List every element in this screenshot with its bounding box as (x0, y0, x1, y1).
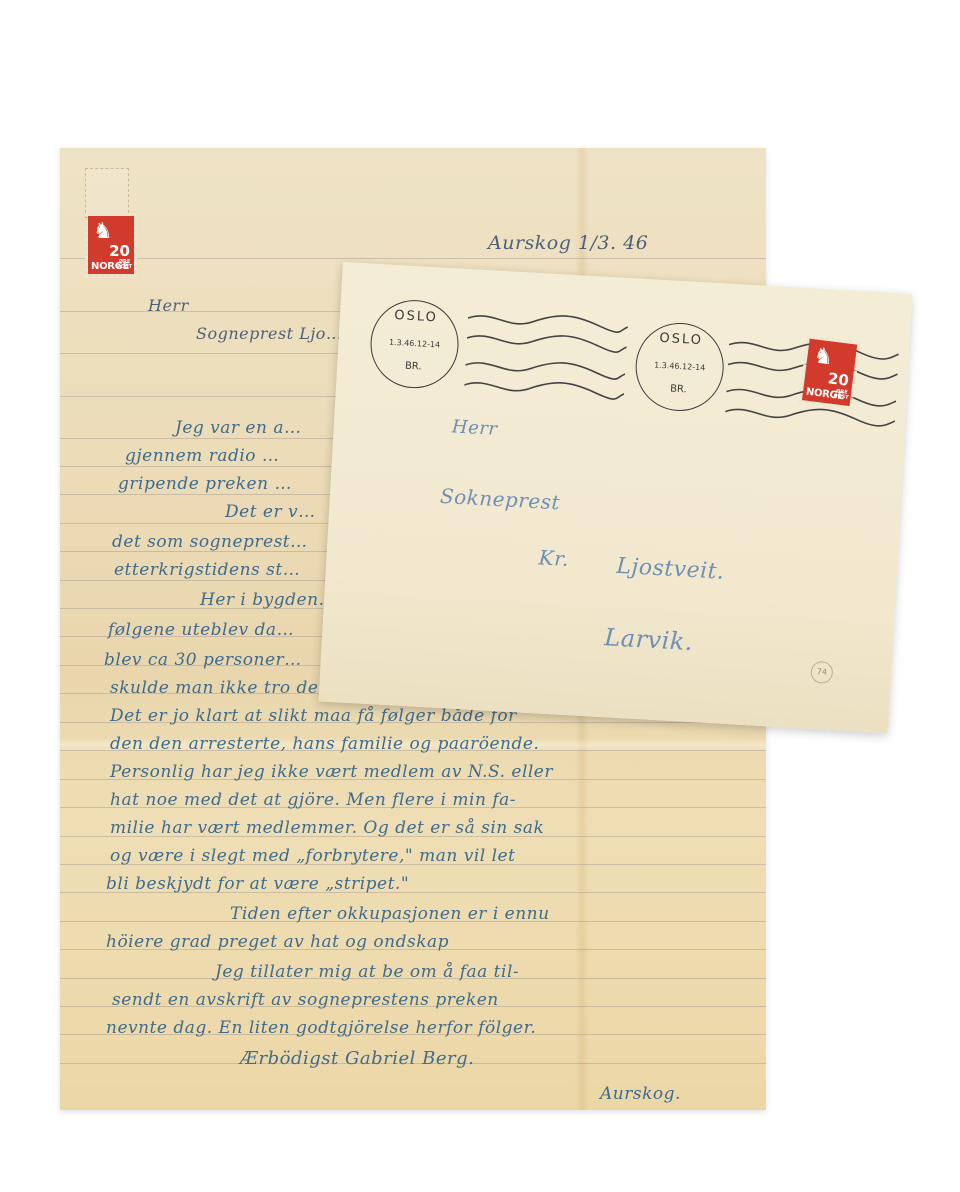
stamp-value: 20 (109, 242, 130, 260)
stamp-selvage (85, 168, 129, 218)
letter-line: den den arresterte, hans familie og paar… (110, 734, 539, 754)
lion-icon: ♞ (812, 345, 834, 369)
letter-line: blev ca 30 personer… (104, 650, 302, 670)
envelope-salutation: Herr (451, 416, 498, 440)
letter-line: milie har vært medlemmer. Og det er så s… (110, 818, 544, 838)
letter-line: höiere grad preget av hat og ondskap (106, 932, 449, 952)
letter-line: Jeg var en a… (175, 418, 301, 438)
letter-signature: Ærbödigst Gabriel Berg. (240, 1048, 474, 1069)
letter-line: Tiden efter okkupasjonen er i ennu (230, 904, 550, 924)
postmark: OSLO 1.3.46.12-14 BR. (368, 298, 461, 391)
envelope: OSLO 1.3.46.12-14 BR. OSLO 1.3.46.12-14 … (318, 262, 912, 733)
postmark-code: BR. (635, 382, 721, 398)
ruled-line (60, 258, 766, 259)
postmark-city: OSLO (638, 330, 725, 350)
postmark-code: BR. (370, 359, 456, 375)
postmark: OSLO 1.3.46.12-14 BR. (633, 321, 726, 414)
letter-sender-place: Aurskog. (600, 1084, 681, 1104)
letter-line: gripende preken … (118, 474, 292, 494)
letter-line: sendt en avskrift av sogneprestens preke… (112, 990, 499, 1010)
letter-line: nevnte dag. En liten godtgjörelse herfor… (106, 1018, 536, 1038)
cancellation-waves (464, 303, 629, 402)
letter-line: Det er v… (225, 502, 316, 522)
letter-line: det som sogneprest… (112, 532, 308, 552)
postmark-date: 1.3.46.12-14 (371, 337, 457, 351)
stamp-value: 20 (827, 369, 850, 389)
stamp-unit: ØREPOST (833, 389, 849, 401)
letter-line: gjennem radio … (125, 446, 279, 466)
letter-line: Jeg tillater mig at be om å faa til- (215, 962, 519, 982)
letter-line: Her i bygden… (200, 590, 336, 610)
archive-mark: 74 (810, 661, 833, 684)
stamp-unit: ØREPOST (117, 260, 132, 270)
letter-line: bli beskjydt for at være „stripet." (106, 874, 409, 894)
letter-addressee: Sogneprest Ljo… (196, 324, 342, 343)
envelope-city: Larvik. (604, 623, 694, 656)
letter-place-date: Aurskog 1/3. 46 (488, 232, 648, 254)
letter-line: og være i slegt med „forbrytere," man vi… (110, 846, 515, 866)
letter-line: hat noe med det at gjöre. Men flere i mi… (110, 790, 516, 810)
lion-icon: ♞ (93, 221, 113, 243)
letter-stamp: ♞ 20 NORGE ØREPOST (88, 216, 134, 274)
envelope-title: Sokneprest (439, 484, 560, 515)
envelope-surname: Ljostveit. (616, 554, 725, 585)
postmark-city: OSLO (373, 307, 460, 327)
letter-line: etterkrigstidens st… (114, 560, 300, 580)
letter-line: Personlig har jeg ikke vært medlem av N.… (110, 762, 553, 782)
letter-salutation: Herr (148, 296, 189, 315)
postmark-date: 1.3.46.12-14 (637, 360, 723, 374)
envelope-name-prefix: Kr. (538, 545, 569, 571)
envelope-stamp: ♞ 20 NORGE ØREPOST (802, 339, 857, 407)
letter-line: følgene uteblev da… (108, 620, 294, 640)
